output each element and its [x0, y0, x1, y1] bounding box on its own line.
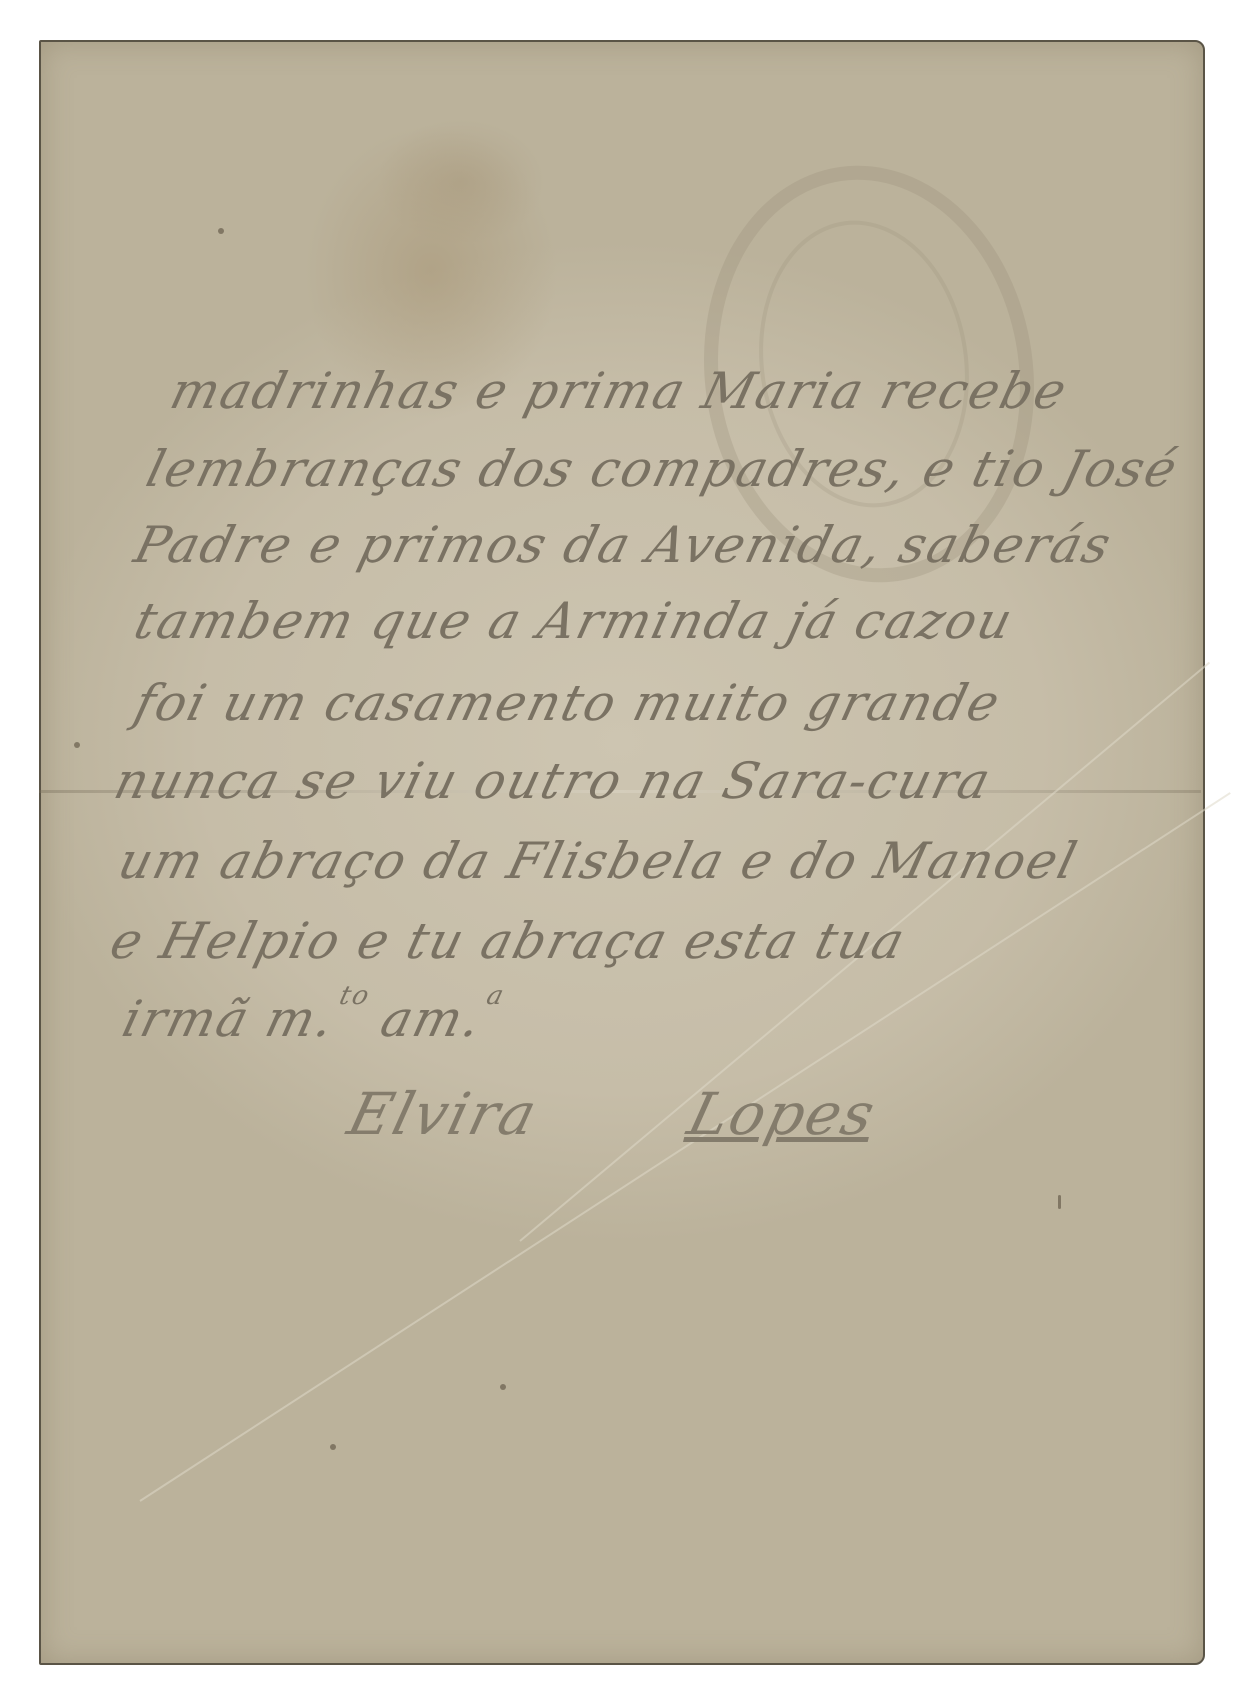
closing-am: am.	[375, 990, 489, 1048]
signature-last-name: Lopes	[682, 1080, 884, 1148]
paper-spot	[1058, 1195, 1061, 1209]
closing-irma: irmã	[117, 990, 257, 1048]
letter-line-7: um abraço da Flisbela e do Manoel	[113, 832, 1084, 890]
letter-line-4: tambem que a Arminda já cazou	[129, 592, 1020, 650]
paper-spot	[218, 228, 224, 234]
paper-spot	[330, 1444, 336, 1450]
letter-line-5: foi um casamento muito grande	[129, 674, 1007, 732]
letter-line-6: nunca se viu outro na Sara-cura	[109, 752, 998, 810]
letter-line-3: Padre e primos da Avenida, saberás	[129, 516, 1118, 574]
letter-line-2: lembranças dos compadres, e tio José	[141, 440, 1185, 498]
paper-spot	[500, 1384, 506, 1390]
closing-m: m.	[260, 990, 342, 1048]
letter-line-1: madrinhas e prima Maria recebe	[165, 362, 1074, 420]
letter-line-8: e Helpio e tu abraça esta tua	[105, 912, 912, 970]
paper-spot	[74, 742, 80, 748]
closing-m-superscript: to	[336, 981, 374, 1011]
signature-first-name: Elvira	[342, 1080, 545, 1148]
letter-closing: irmã m.to am.a	[117, 990, 506, 1048]
